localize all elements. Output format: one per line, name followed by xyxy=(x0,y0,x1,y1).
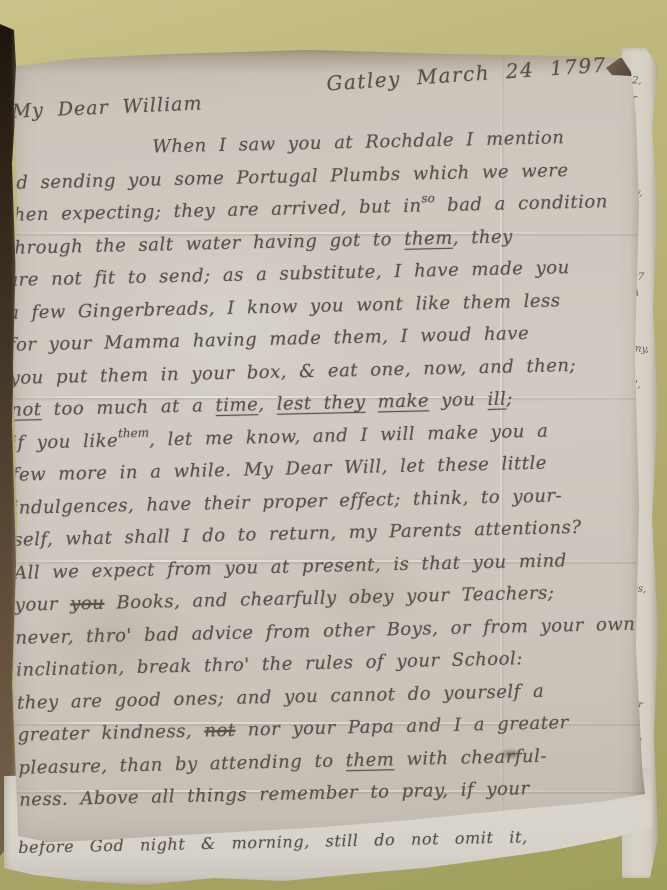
letter-text: Gatley March 24 1797 My Dear William Whe… xyxy=(0,33,648,847)
book-gutter-shadow xyxy=(0,24,17,862)
dateline: Gatley March 24 1797 xyxy=(326,52,608,95)
letter-body: When I saw you at Rochdale I mentioned s… xyxy=(4,121,641,817)
edge-ink-fragment: my, xyxy=(632,343,659,356)
edge-ink-fragment: 2, xyxy=(632,75,659,88)
salutation: My Dear William xyxy=(11,92,203,122)
edge-ink-fragment: r xyxy=(632,93,659,106)
letter-page: Gatley March 24 1797 My Dear William Whe… xyxy=(10,46,646,846)
letter-photo: 2,rw,hc7Amy,'',,aes,orulude before God n… xyxy=(0,0,667,890)
